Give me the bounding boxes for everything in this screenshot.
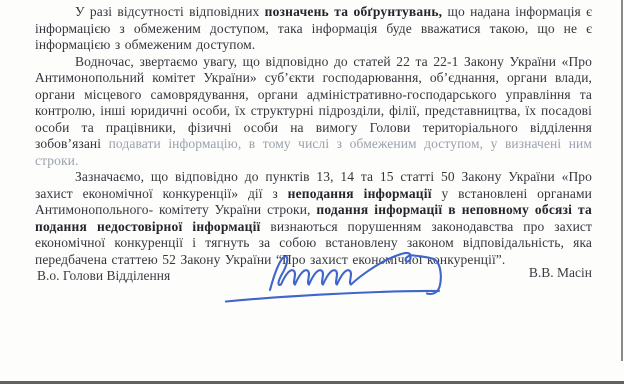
document-body: У разі відсутності відповідних позначень… xyxy=(35,4,592,268)
faded-scan-text: подавати інформацію, в тому числі з обме… xyxy=(35,136,592,168)
signer-name-label: В.В. Масін xyxy=(529,265,592,281)
emphasized-text: неподання інформації xyxy=(288,186,432,201)
scanned-letter-page: У разі відсутності відповідних позначень… xyxy=(0,0,624,384)
body-text: У разі відсутності відповідних xyxy=(75,4,265,19)
handwritten-signature xyxy=(218,247,450,309)
emphasized-text: позначень та обґрунтувань, xyxy=(265,4,443,19)
signature-stroke xyxy=(226,253,441,302)
scan-right-edge-line xyxy=(621,0,623,361)
signer-position-label: В.о. Голови Відділення xyxy=(37,268,170,284)
paragraph: У разі відсутності відповідних позначень… xyxy=(35,4,592,54)
paragraph: Водночас, звертаємо увагу, що відповідно… xyxy=(35,54,592,170)
